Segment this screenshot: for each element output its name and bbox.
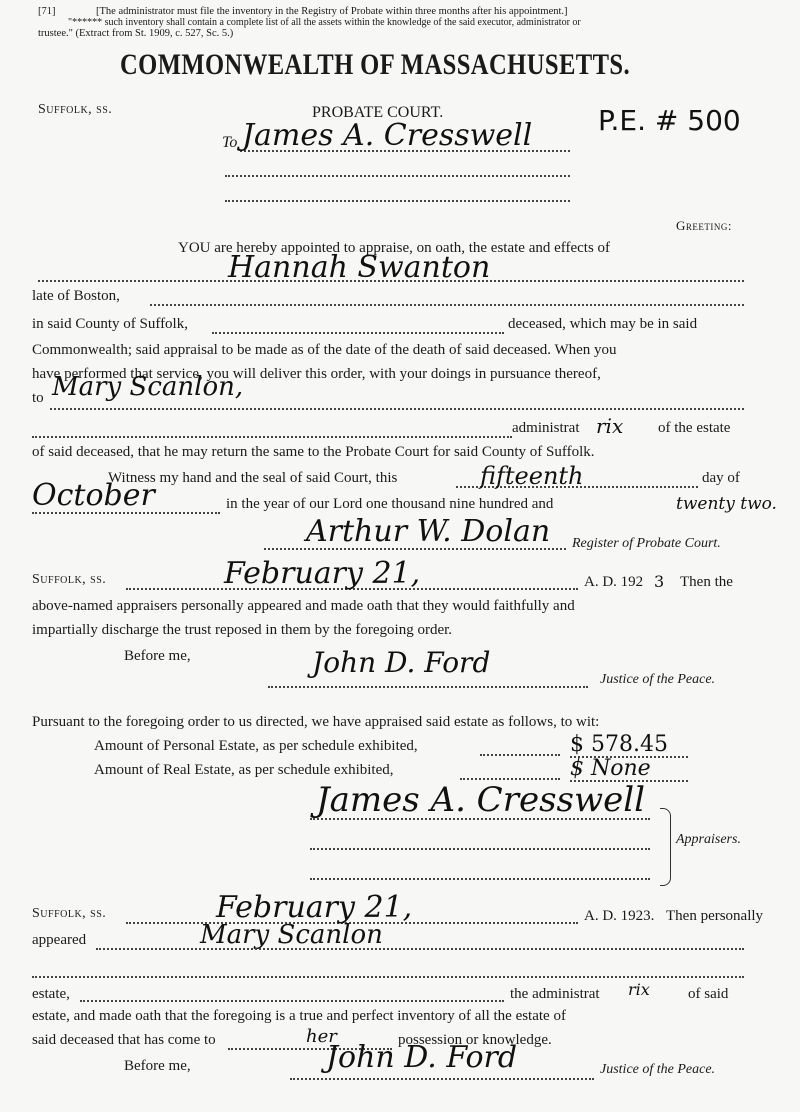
- oath1-ad-label: A. D. 192: [584, 574, 643, 591]
- administratrix-name-handwritten: Mary Scanlon,: [52, 372, 243, 402]
- day-handwritten: fifteenth: [480, 462, 584, 490]
- blank-line: [32, 436, 512, 438]
- administrat-label: administrat: [512, 420, 580, 437]
- oath2-justice-title: Justice of the Peace.: [600, 1062, 715, 1078]
- deceased-text: deceased, which may be in said: [508, 316, 697, 333]
- personal-estate-label: Amount of Personal Estate, as per schedu…: [94, 738, 418, 755]
- appraiser-line-2: [225, 175, 570, 177]
- decedent-line: [38, 280, 744, 282]
- oath2-ad-label: A. D. 1923.: [584, 908, 654, 925]
- county-label: Suffolk, ss.: [38, 102, 112, 118]
- register-line: [264, 548, 566, 550]
- oath2-blank-line: [32, 976, 744, 978]
- oath2-estate-line: [80, 1000, 504, 1002]
- personal-estate-dots: [480, 754, 560, 756]
- year-handwritten: twenty two.: [676, 494, 777, 514]
- commonwealth-line: Commonwealth; said appraisal to be made …: [32, 342, 617, 359]
- appraiser-sig-line-1: [310, 818, 650, 820]
- oath2-estate-line-text: estate, and made oath that the foregoing…: [32, 1008, 566, 1025]
- case-number-handwritten: P.E. # 500: [598, 104, 741, 137]
- register-signature: Arthur W. Dolan: [306, 514, 550, 549]
- oath1-line-3: impartially discharge the trust reposed …: [32, 622, 452, 639]
- appraisers-label: Appraisers.: [676, 832, 741, 848]
- of-estate: of the estate: [658, 420, 730, 437]
- instruction-line-3: trustee." (Extract from St. 1909, c. 527…: [38, 28, 233, 40]
- county-line: in said County of Suffolk,: [32, 316, 188, 333]
- appraisers-brace: [660, 808, 671, 886]
- oath1-justice-signature: John D. Ford: [312, 646, 490, 679]
- late-of: late of Boston,: [32, 288, 120, 305]
- to-label-2: to: [32, 390, 44, 407]
- appraiser-name-handwritten: James A. Cresswell: [242, 118, 532, 153]
- document-title: COMMONWEALTH OF MASSACHUSETTS.: [120, 48, 630, 82]
- page-number: [71]: [38, 6, 56, 18]
- oath1-justice-line: [268, 686, 588, 688]
- oath2-deceased-text: said deceased that has come to: [32, 1032, 216, 1049]
- probate-document: [71] [The administrator must file the in…: [0, 0, 800, 1112]
- greeting: Greeting:: [676, 218, 732, 234]
- oath1-ad-year-suffix: 3: [654, 572, 664, 591]
- appraiser-line-3: [225, 200, 570, 202]
- appraisal-intro: Pursuant to the foregoing order to us di…: [32, 714, 599, 731]
- appraiser-sig-line-2: [310, 848, 650, 850]
- month-line: [32, 512, 220, 514]
- personal-estate-value: $ 578.45: [570, 732, 668, 757]
- oath1-justice-title: Justice of the Peace.: [600, 672, 715, 688]
- oath2-administrat-suffix: rix: [628, 980, 650, 999]
- oath1-date-handwritten: February 21,: [224, 556, 420, 591]
- day-of: day of: [702, 470, 740, 487]
- month-handwritten: October: [32, 478, 155, 513]
- oath2-justice-signature: John D. Ford: [326, 1040, 517, 1075]
- county-dotted-line: [212, 332, 504, 334]
- oath2-county: Suffolk, ss.: [32, 906, 106, 922]
- appraiser-sig-line-3: [310, 878, 650, 880]
- oath2-appeared-line: [96, 948, 744, 950]
- oath1-then-the: Then the: [680, 574, 733, 591]
- year-text: in the year of our Lord one thousand nin…: [226, 496, 553, 513]
- return-line: of said deceased, that he may return the…: [32, 444, 595, 461]
- real-estate-label: Amount of Real Estate, as per schedule e…: [94, 762, 394, 779]
- oath2-justice-line: [290, 1078, 594, 1080]
- oath2-administrat-label: the administrat: [510, 986, 600, 1003]
- oath2-estate-label: estate,: [32, 986, 70, 1003]
- appraiser-signature: James A. Cresswell: [316, 780, 645, 820]
- administratrix-line: [50, 408, 744, 410]
- oath2-appeared-name: Mary Scanlon: [200, 920, 383, 950]
- to-label: To: [222, 134, 237, 152]
- oath1-before-me: Before me,: [124, 648, 191, 665]
- late-of-line: [150, 304, 744, 306]
- oath1-line-2: above-named appraisers personally appear…: [32, 598, 575, 615]
- oath2-then-text: Then personally: [666, 908, 763, 925]
- real-estate-value: $ None: [570, 756, 651, 781]
- register-title: Register of Probate Court.: [572, 536, 721, 552]
- oath2-appeared: appeared: [32, 932, 86, 949]
- oath2-before-me: Before me,: [124, 1058, 191, 1075]
- oath2-of-said: of said: [688, 986, 728, 1003]
- administrat-suffix-handwritten: rix: [596, 414, 623, 438]
- oath1-county: Suffolk, ss.: [32, 572, 106, 588]
